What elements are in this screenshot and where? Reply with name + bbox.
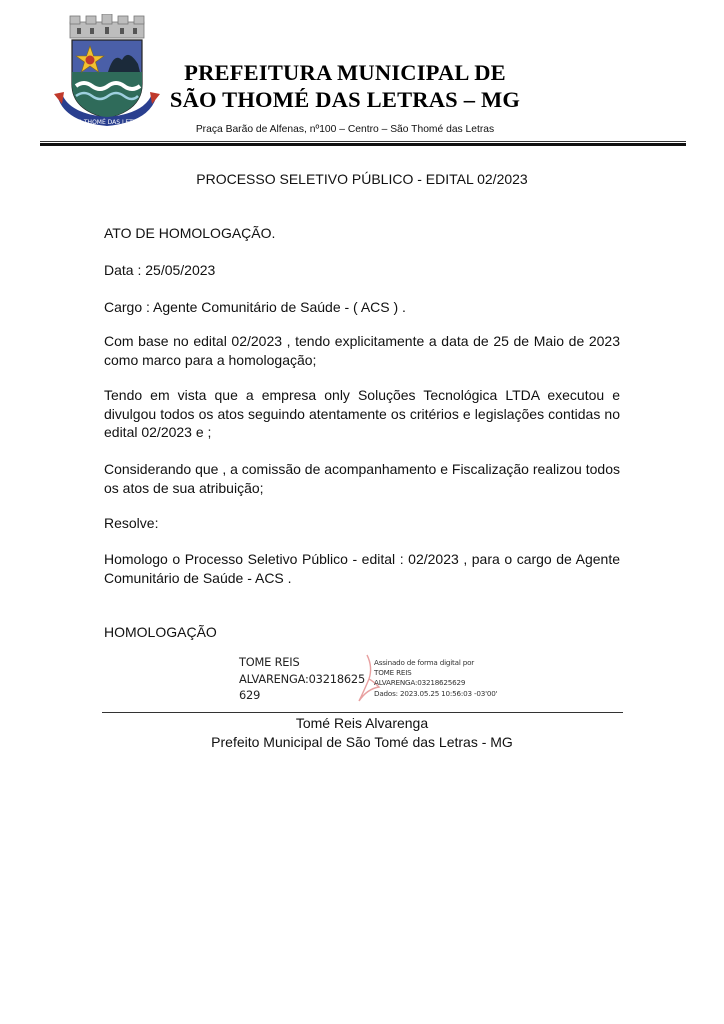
header-divider-thick [40,143,686,146]
date-line: Data : 25/05/2023 [104,261,620,280]
header-divider-thin [40,141,686,142]
svg-text:SÃO THOMÉ DAS LETRAS: SÃO THOMÉ DAS LETRAS [69,118,144,126]
digital-signature-name: TOME REIS ALVARENGA:03218625 629 [239,654,365,704]
process-title: PROCESSO SELETIVO PÚBLICO - EDITAL 02/20… [0,171,724,187]
municipality-address: Praça Barão de Alfenas, nº100 – Centro –… [150,124,540,135]
resolve-label: Resolve: [104,514,620,533]
act-title: ATO DE HOMOLOGAÇÃO. [104,224,620,243]
homologation-label: HOMOLOGAÇÃO [104,623,620,642]
signature-line [102,712,623,713]
paragraph-edital-basis: Com base no edital 02/2023 , tendo expli… [104,332,620,369]
paragraph-commission: Considerando que , a comissão de acompan… [104,460,620,497]
municipality-title-line2: SÃO THOMÉ DAS LETRAS – MG [150,87,540,113]
signer-role: Prefeito Municipal de São Tomé das Letra… [0,734,724,750]
position-line: Cargo : Agente Comunitário de Saúde - ( … [104,298,620,317]
signer-name: Tomé Reis Alvarenga [0,715,724,731]
municipality-title-line1: PREFEITURA MUNICIPAL DE [150,60,540,86]
paragraph-company: Tendo em vista que a empresa only Soluçõ… [104,386,620,442]
decision-paragraph: Homologo o Processo Seletivo Público - e… [104,550,620,587]
coat-of-arms-icon: SÃO THOMÉ DAS LETRAS [52,14,162,130]
digital-signature-details: Assinado de forma digital por TOME REIS … [374,658,497,699]
